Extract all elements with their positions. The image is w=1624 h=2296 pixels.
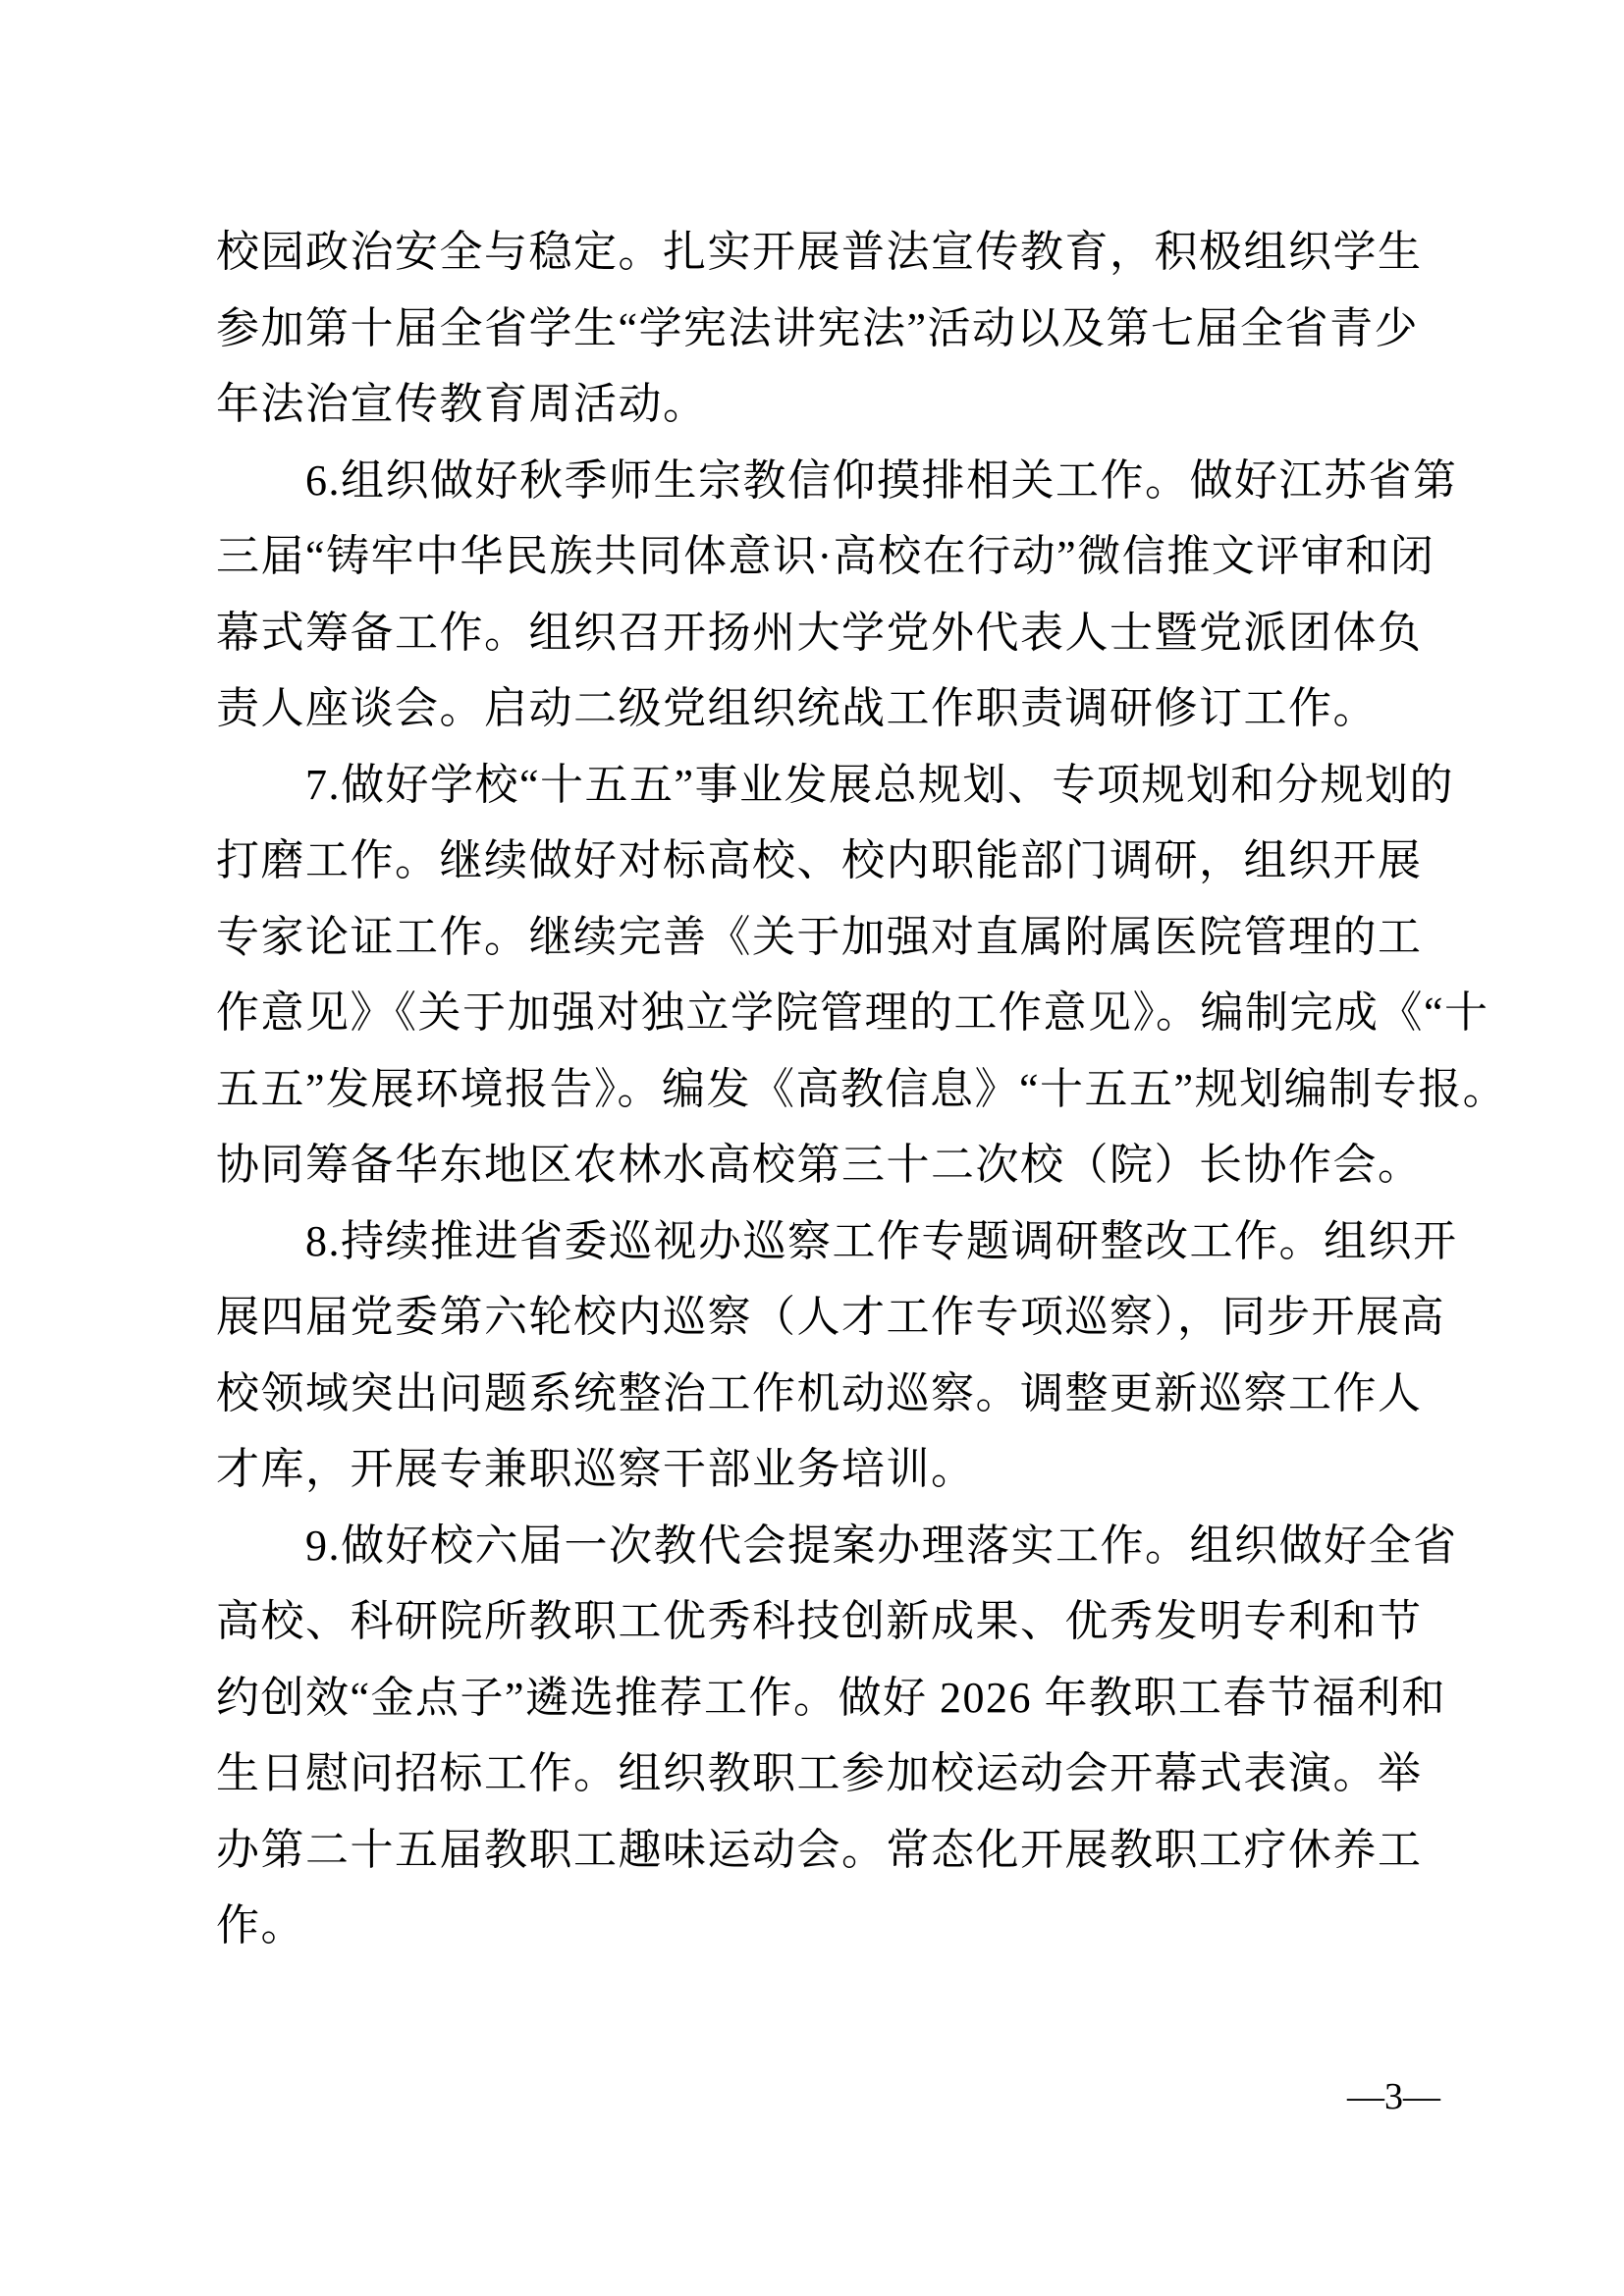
text-line: 高校、科研院所教职工优秀科技创新成果、优秀发明专利和节 [216, 1583, 1435, 1660]
text-line: 专家论证工作。继续完善《关于加强对直属附属医院管理的工 [216, 899, 1435, 976]
text-line: 8.持续推进省委巡视办巡察工作专题调研整改工作。组织开 [216, 1203, 1435, 1280]
text-line: 打磨工作。继续做好对标高校、校内职能部门调研，组织开展 [216, 823, 1435, 899]
text-line: 校园政治安全与稳定。扎实开展普法宣传教育，积极组织学生 [216, 214, 1435, 291]
text-line: 办第二十五届教职工趣味运动会。常态化开展教职工疗休养工 [216, 1812, 1435, 1889]
text-line: 幕式筹备工作。组织召开扬州大学党外代表人士暨党派团体负 [216, 595, 1435, 671]
text-line: 9.做好校六届一次教代会提案办理落实工作。组织做好全省 [216, 1508, 1435, 1584]
text-line: 年法治宣传教育周活动。 [216, 366, 1435, 443]
document-body: 校园政治安全与稳定。扎实开展普法宣传教育，积极组织学生参加第十届全省学生“学宪法… [216, 214, 1435, 1964]
text-line: 参加第十届全省学生“学宪法讲宪法”活动以及第七届全省青少 [216, 291, 1435, 367]
text-line: 6.组织做好秋季师生宗教信仰摸排相关工作。做好江苏省第 [216, 443, 1435, 519]
text-line: 校领域突出问题系统整治工作机动巡察。调整更新巡察工作人 [216, 1356, 1435, 1432]
document-page: 校园政治安全与稳定。扎实开展普法宣传教育，积极组织学生参加第十届全省学生“学宪法… [0, 0, 1624, 2296]
text-line: 约创效“金点子”遴选推荐工作。做好 2026 年教职工春节福利和 [216, 1660, 1435, 1736]
text-line: 7.做好学校“十五五”事业发展总规划、专项规划和分规划的 [216, 747, 1435, 824]
text-line: 生日慰问招标工作。组织教职工参加校运动会开幕式表演。举 [216, 1735, 1435, 1812]
text-line: 作。 [216, 1888, 1435, 1964]
text-line: 责人座谈会。启动二级党组织统战工作职责调研修订工作。 [216, 670, 1435, 747]
text-line: 五五”发展环境报告》。编发《高教信息》“十五五”规划编制专报。 [216, 1051, 1435, 1128]
text-line: 作意见》《关于加强对独立学院管理的工作意见》。编制完成《“十 [216, 975, 1435, 1051]
text-line: 三届“铸牢中华民族共同体意识·高校在行动”微信推文评审和闭 [216, 518, 1435, 595]
text-line: 才库，开展专兼职巡察干部业务培训。 [216, 1431, 1435, 1508]
text-line: 协同筹备华东地区农林水高校第三十二次校（院）长协作会。 [216, 1127, 1435, 1203]
page-number: —3— [1347, 2073, 1440, 2120]
text-line: 展四届党委第六轮校内巡察（人才工作专项巡察），同步开展高 [216, 1279, 1435, 1356]
